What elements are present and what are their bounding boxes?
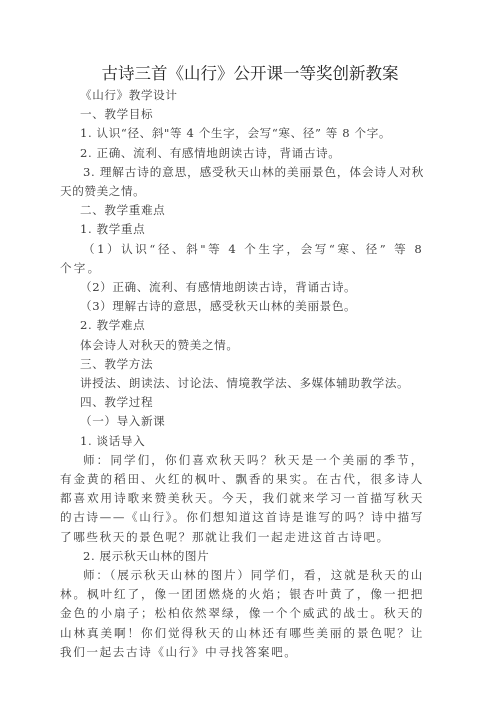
difficulty-text: 体会诗人对秋天的赞美之情。 [80, 336, 424, 355]
focus-heading: 1. 教学重点 [80, 220, 424, 239]
section-heading-process: 四、教学过程 [80, 393, 424, 412]
step1-heading: （一）导入新课 [80, 412, 424, 431]
document-body: 《山行》教学设计 一、教学目标 1. 认识“径、斜"等 4 个生字，会写“寒、径… [80, 86, 424, 662]
section-heading-key-points: 二、教学重难点 [80, 201, 424, 220]
sub2-text: 师：（展示秋天山林的图片）同学们，看，这就是秋天的山林。枫叶红了，像一团团燃烧的… [60, 566, 424, 662]
section-heading-goals: 一、教学目标 [80, 105, 424, 124]
difficulty-heading: 2. 教学难点 [80, 316, 424, 335]
section-heading-methods: 三、教学方法 [80, 355, 424, 374]
goal-item-1: 1. 认识“径、斜"等 4 个生字，会写“寒、径” 等 8 个字。 [80, 124, 424, 143]
sub1-heading: 1. 谈话导入 [80, 432, 424, 451]
lesson-subtitle: 《山行》教学设计 [80, 86, 424, 105]
goal-item-2: 2. 正确、流利、有感情地朗读古诗，背诵古诗。 [80, 144, 424, 163]
sub2-heading: 2. 展示秋天山林的图片 [60, 547, 424, 566]
document-page: 古诗三首《山行》公开课一等奖创新教案 《山行》教学设计 一、教学目标 1. 认识… [0, 0, 500, 707]
document-title: 古诗三首《山行》公开课一等奖创新教案 [0, 60, 500, 84]
sub1-text: 师：同学们，你们喜欢秋天吗？秋天是一个美丽的季节，有金黄的稻田、火红的枫叶、飘香… [60, 451, 424, 547]
focus-item-1: （1）认识“径、斜"等 4 个生字，会写“寒、径” 等 8 个字。 [60, 240, 424, 278]
focus-item-3: （3）理解古诗的意思，感受秋天山林的美丽景色。 [80, 297, 424, 316]
methods-text: 讲授法、朗读法、讨论法、情境教学法、多媒体辅助教学法。 [80, 374, 424, 393]
focus-item-2: （2）正确、流利、有感情地朗读古诗，背诵古诗。 [80, 278, 424, 297]
goal-item-3: 3. 理解古诗的意思，感受秋天山林的美丽景色，体会诗人对秋天的赞美之情。 [60, 163, 424, 201]
